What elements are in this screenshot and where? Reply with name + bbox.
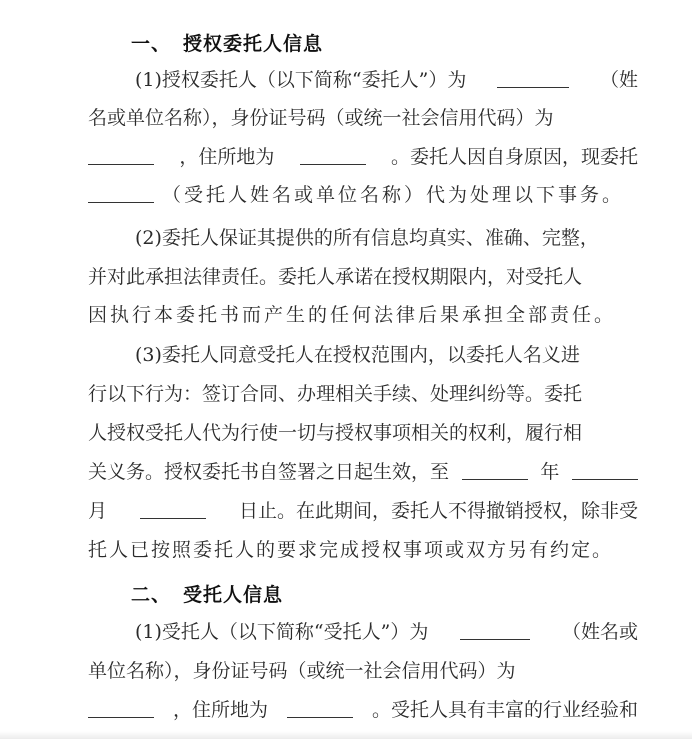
text: （姓: [600, 68, 638, 92]
s1-p2-line-2: 并对此承担法律责任。委托人承诺在授权期限内，对受托人: [88, 265, 638, 289]
blank-field-end-year[interactable]: [462, 460, 528, 480]
section-1-title: 授权委托人信息: [183, 33, 323, 55]
blank-field-trustee-name[interactable]: [88, 183, 154, 203]
text: ，住所地为: [179, 145, 274, 169]
blank-field-name[interactable]: [497, 68, 569, 88]
section-2-title: 受托人信息: [183, 584, 283, 606]
blank-field-address[interactable]: [300, 145, 366, 165]
s1-p3-line-5: 月 日止。在此期间，委托人不得撤销授权，除非受: [88, 499, 638, 523]
s1-p3-line-4: 关义务。授权委托书自签署之日起生效，至 年: [88, 460, 638, 484]
section-2-number: 二、: [131, 580, 183, 607]
text: 月: [88, 499, 107, 523]
s1-p3-line-6: 托人已按照委托人的要求完成授权事项或双方另有约定。: [88, 538, 638, 562]
text: 。委托人因自身原因，现委托: [391, 145, 638, 169]
s2-p1-line-3: ，住所地为 。受托人具有丰富的行业经验和: [88, 698, 638, 722]
s1-p3-line-2: 行以下行为：签订合同、办理相关手续、处理纠纷等。委托: [88, 382, 638, 406]
blank-field-id-number[interactable]: [88, 145, 154, 165]
s1-p1-line-3: ，住所地为 。委托人因自身原因，现委托: [88, 145, 638, 169]
section-1-number: 一、: [131, 29, 183, 56]
s1-p1-line-4: （受托人姓名或单位名称）代为处理以下事务。: [88, 183, 638, 207]
s1-p1-line-2: 名或单位名称），身份证号码（或统一社会信用代码）为: [88, 106, 638, 130]
page-bottom-edge: [0, 731, 692, 739]
text: （姓名或: [562, 620, 638, 644]
s1-p3-line-1: (3)委托人同意受托人在授权范围内，以委托人名义进: [135, 343, 638, 367]
text: ，住所地为: [173, 698, 268, 722]
blank-field-end-day[interactable]: [140, 499, 206, 519]
blank-field-trustee-address[interactable]: [287, 698, 353, 718]
text: 。受托人具有丰富的行业经验和: [372, 698, 638, 722]
blank-field-trustee-name[interactable]: [460, 620, 530, 640]
s1-p1-line-1: (1)授权委托人（以下简称“委托人”）为 （姓: [135, 68, 638, 92]
text: （受托人姓名或单位名称）代为处理以下事务。: [162, 183, 624, 207]
text: (1)受托人（以下简称“受托人”）为: [135, 620, 428, 644]
section-2-heading: 二、受托人信息: [131, 580, 283, 607]
document-page: 一、授权委托人信息 (1)授权委托人（以下简称“委托人”）为 （姓 名或单位名称…: [0, 0, 692, 739]
text: (1)授权委托人（以下简称“委托人”）为: [135, 68, 466, 92]
text: 年: [540, 460, 559, 484]
s1-p2-line-3: 因执行本委托书而产生的任何法律后果承担全部责任。: [88, 303, 638, 327]
blank-field-end-month[interactable]: [572, 460, 638, 480]
text: 日止。在此期间，委托人不得撤销授权，除非受: [239, 499, 638, 523]
s2-p1-line-2: 单位名称），身份证号码（或统一社会信用代码）为: [88, 659, 638, 683]
section-1-heading: 一、授权委托人信息: [131, 29, 323, 56]
s1-p3-line-3: 人授权受托人代为行使一切与授权事项相关的权利，履行相: [88, 421, 638, 445]
text: 关义务。授权委托书自签署之日起生效，至: [88, 460, 449, 484]
s1-p2-line-1: (2)委托人保证其提供的所有信息均真实、准确、完整，: [135, 226, 638, 250]
s2-p1-line-1: (1)受托人（以下简称“受托人”）为 （姓名或: [135, 620, 638, 644]
blank-field-trustee-id[interactable]: [88, 698, 154, 718]
